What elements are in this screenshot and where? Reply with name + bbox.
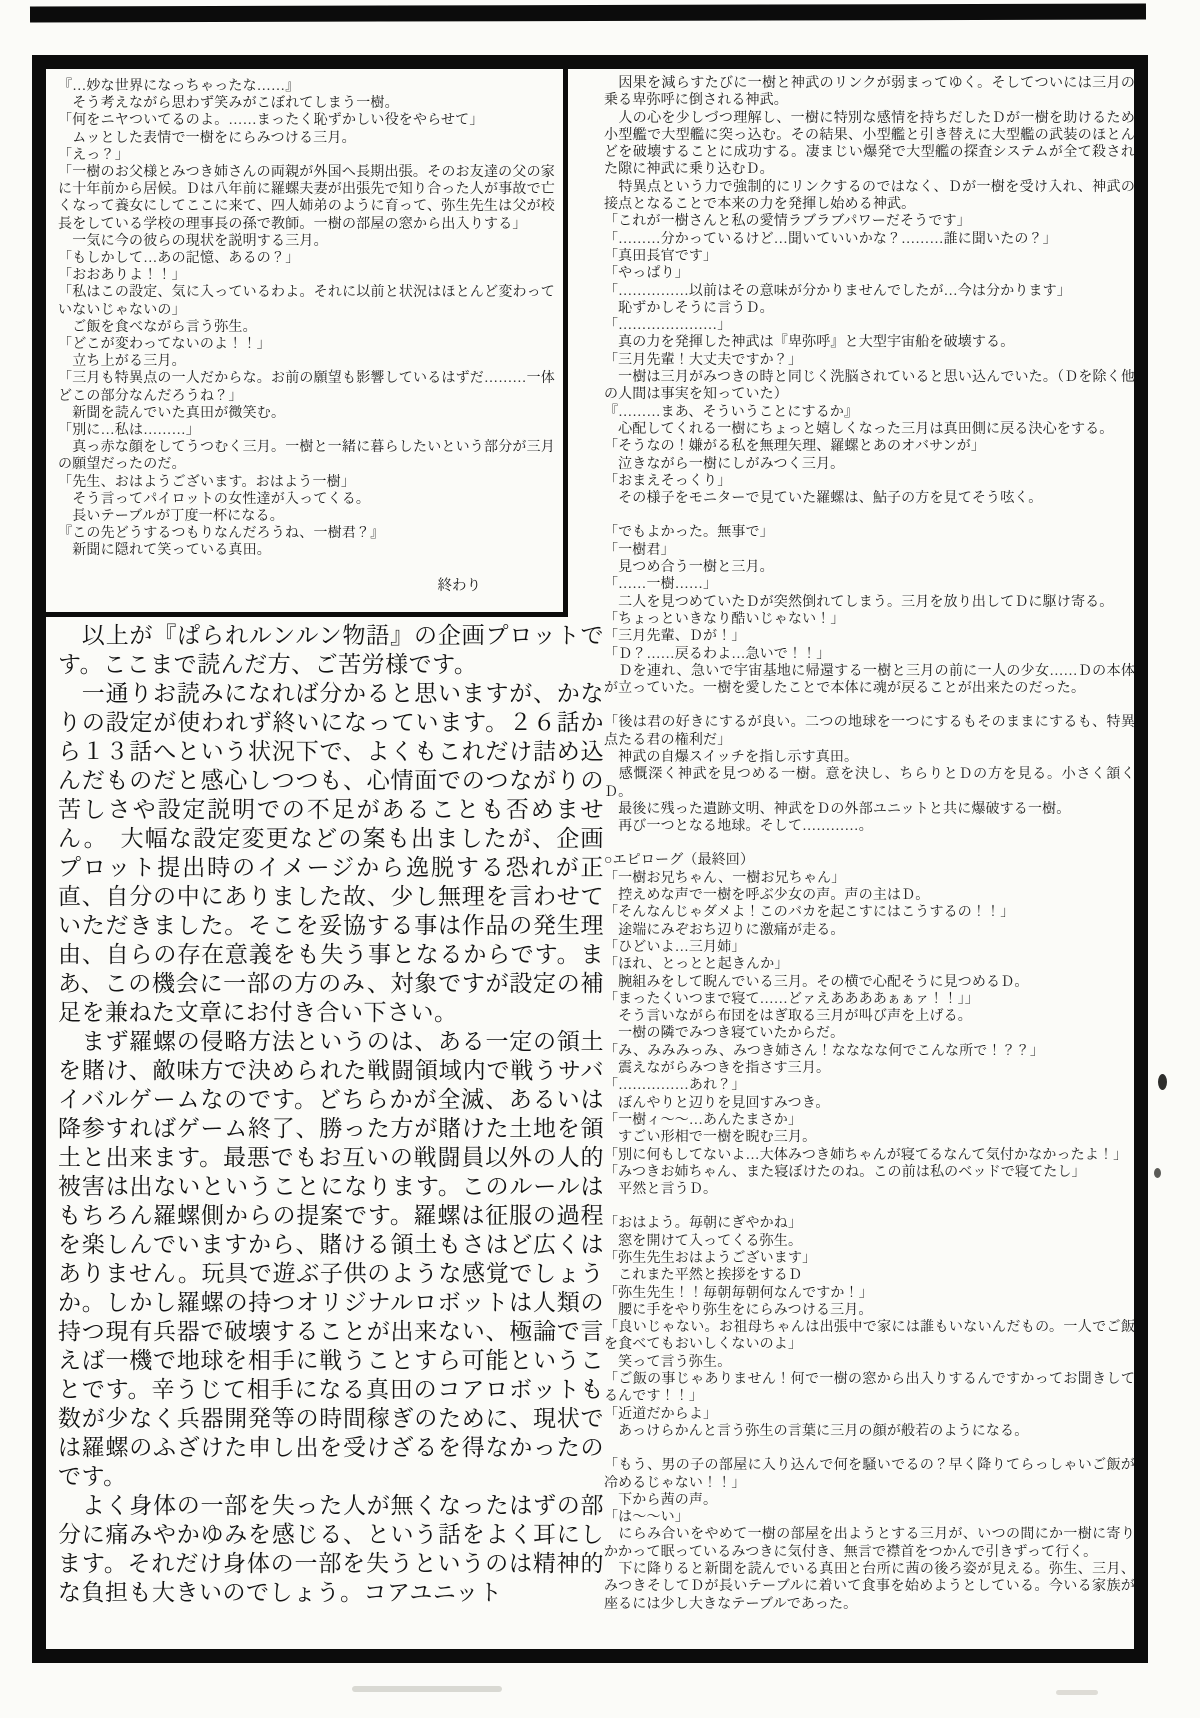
- plot-line: 笑って言う弥生。: [604, 1354, 1135, 1371]
- plot-line: 「一樹君」: [604, 542, 1135, 559]
- plot-line: 「後は君の好きにするが良い。二つの地球を一つにするもそのままにするも、特異点たる…: [604, 714, 1135, 749]
- plot-line: あっけらかんと言う弥生の言葉に三月の顔が般若のようになる。: [604, 1423, 1135, 1440]
- plot-line: [604, 1440, 1135, 1457]
- plot-line: 「まったくいつまで寝て……どァえああああぁぁァ！！」」: [604, 991, 1135, 1008]
- commentary-paragraph: 以上が『ぱられルンルン物語』の企画プロットです。ここまで読んだ方、ご苦労様です。: [58, 621, 604, 679]
- plot-line: 「おまえそっくり」: [604, 473, 1135, 490]
- plot-line: 「そんなんじゃダメよ！このバカを起こすにはこうするの！！」: [604, 904, 1135, 921]
- plot-line: 特異点という力で強制的にリンクするのではなく、Ｄが一樹を受け入れ、神武の接点とな…: [604, 179, 1135, 214]
- plot-line: Ｄを連れ、急いで宇宙基地に帰還する一樹と三月の前に一人の少女……Ｄの本体が立って…: [604, 663, 1135, 698]
- script-line: 新聞に隠れて笑っている真田。: [58, 542, 555, 559]
- plot-column: 因果を減らすたびに一樹と神武のリンクが弱まってゆく。そしてついには三月の乗る卑弥…: [604, 75, 1135, 1643]
- script-line: 新聞を読んでいた真田が微笑む。: [58, 405, 555, 422]
- plot-line: 「…………………」: [604, 317, 1135, 334]
- script-line: 「別に…私は………」: [58, 422, 555, 439]
- plot-line: 下に降りると新聞を読んでいる真田と台所に茜の後ろ姿が見える。弥生、三月、みつきそ…: [604, 1561, 1135, 1613]
- plot-line: 泣きながら一樹にしがみつく三月。: [604, 456, 1135, 473]
- plot-line: 『………まあ、そういうことにするか』: [604, 404, 1135, 421]
- plot-line: 「……………あれ？」: [604, 1077, 1135, 1094]
- plot-line: ○エピローグ（最終回）: [604, 852, 1135, 869]
- plot-line: 「……………以前はその意味が分かりませんでしたが…今は分かります」: [604, 283, 1135, 300]
- plot-line: 「真田長官です」: [604, 248, 1135, 265]
- scan-speck: [1154, 1168, 1161, 1178]
- plot-line: 「ご飯の事じゃありません！何で一樹の窓から出入りするんですかってお聞きしてるんで…: [604, 1371, 1135, 1406]
- script-line: 「えっ？」: [58, 147, 555, 164]
- plot-line: 「………分かっているけど…聞いていいかな？………誰に聞いたの？」: [604, 231, 1135, 248]
- plot-line: 「弥生先生おはようございます」: [604, 1250, 1135, 1267]
- plot-line: [604, 507, 1135, 524]
- plot-line: 「は～～い」: [604, 1509, 1135, 1526]
- scan-smudge: [1056, 1690, 1098, 1695]
- plot-line: 「Ｄ？……戻るわよ…急いで！！」: [604, 646, 1135, 663]
- plot-line: [604, 835, 1135, 852]
- plot-line: 「ひどいよ…三月姉」: [604, 939, 1135, 956]
- script-line: そう言ってパイロットの女性達が入ってくる。: [58, 491, 555, 508]
- plot-line: 「でもよかった。無事で」: [604, 524, 1135, 541]
- script-line: 「先生、おはようございます。おはよう一樹」: [58, 474, 555, 491]
- script-line: 「何をニヤついてるのよ。……まったく恥ずかしい役をやらせて」: [58, 112, 555, 129]
- page-frame: 『…妙な世界になっちゃったな……』 そう考えながら思わず笑みがこぼれてしまう一樹…: [32, 55, 1148, 1663]
- ending-label: 終わり: [58, 574, 555, 595]
- plot-line: 控えめな声で一樹を呼ぶ少女の声。声の主はＤ。: [604, 887, 1135, 904]
- plot-line: すごい形相で一樹を睨む三月。: [604, 1129, 1135, 1146]
- commentary-paragraph: 一通りお読みになれば分かると思いますが、かなりの設定が使われず終いになっています…: [58, 679, 604, 1027]
- plot-line: 「良いじゃない。お祖母ちゃんは出張中で家には誰もいないんだもの。一人でご飯を食べ…: [604, 1319, 1135, 1354]
- plot-line: 「ほれ、とっとと起きんか」: [604, 956, 1135, 973]
- scanned-doujin-text-page: 『…妙な世界になっちゃったな……』 そう考えながら思わず笑みがこぼれてしまう一樹…: [0, 0, 1200, 1718]
- script-line: 「私はこの設定、気に入っているわよ。それに以前と状況はほとんど変わっていないじゃ…: [58, 284, 555, 318]
- script-lines: 『…妙な世界になっちゃったな……』 そう考えながら思わず笑みがこぼれてしまう一樹…: [58, 78, 555, 560]
- plot-line: 「一樹ィ～～…あんたまさか」: [604, 1112, 1135, 1129]
- script-line: 真っ赤な顔をしてうつむく三月。一樹と一緒に暮らしたいという部分が三月の願望だった…: [58, 439, 555, 473]
- plot-line: 「近道だからよ」: [604, 1406, 1135, 1423]
- script-line: 『…妙な世界になっちゃったな……』: [58, 78, 555, 95]
- plot-line: 「そうなの！嫌がる私を無理矢理、羅螺とあのオバサンが」: [604, 438, 1135, 455]
- plot-line: そう言いながら布団をはぎ取る三月が叫び声を上げる。: [604, 1008, 1135, 1025]
- plot-line: 神武の自爆スイッチを指し示す真田。: [604, 749, 1135, 766]
- plot-line: 二人を見つめていたＤが突然倒れてしまう。三月を放り出してＤに駆け寄る。: [604, 594, 1135, 611]
- plot-line: 「三月先輩！大丈夫ですか？」: [604, 352, 1135, 369]
- plot-line: 感慨深く神武を見つめる一樹。意を決し、ちらりとＤの方を見る。小さく頷くＤ。: [604, 766, 1135, 801]
- plot-line: 「一樹お兄ちゃん、一樹お兄ちゃん」: [604, 870, 1135, 887]
- script-line: そう考えながら思わず笑みがこぼれてしまう一樹。: [58, 95, 555, 112]
- plot-line: 「ちょっといきなり酷いじゃない！」: [604, 611, 1135, 628]
- plot-script-box: 『…妙な世界になっちゃったな……』 そう考えながら思わず笑みがこぼれてしまう一樹…: [46, 69, 568, 617]
- plot-line: 「もう、男の子の部屋に入り込んで何を騒いでるの？早く降りてらっしゃいご飯が冷める…: [604, 1457, 1135, 1492]
- plot-line: 下から茜の声。: [604, 1492, 1135, 1509]
- plot-line: 「おはよう。毎朝にぎやかね」: [604, 1215, 1135, 1232]
- plot-line: 窓を開けて入ってくる弥生。: [604, 1233, 1135, 1250]
- script-line: 「どこが変わってないのよ！！」: [58, 336, 555, 353]
- plot-line: 一樹は三月がみつきの時と同じく洗脳されていると思い込んでいた。（Ｄを除く他の人間…: [604, 369, 1135, 404]
- commentary-paragraph: まず羅螺の侵略方法というのは、ある一定の領土を賭け、敵味方で決められた戦闘領域内…: [58, 1027, 604, 1491]
- script-line: 「おおありよ！！」: [58, 267, 555, 284]
- plot-line: 腰に手をやり弥生をにらみつける三月。: [604, 1302, 1135, 1319]
- commentary-column: 以上が『ぱられルンルン物語』の企画プロットです。ここまで読んだ方、ご苦労様です。…: [58, 621, 604, 1645]
- plot-line: 見つめ合う一樹と三月。: [604, 559, 1135, 576]
- script-line: 立ち上がる三月。: [58, 353, 555, 370]
- script-line: ご飯を食べながら言う弥生。: [58, 319, 555, 336]
- plot-line: 「これが一樹さんと私の愛情ラブラブパワーだそうです」: [604, 213, 1135, 230]
- script-line: 「一樹のお父様とみつき姉さんの両親が外国へ長期出張。そのお友達の父の家に十年前か…: [58, 164, 555, 233]
- plot-line: これまた平然と挨拶をするＤ: [604, 1267, 1135, 1284]
- script-line: 「三月も特異点の一人だからな。お前の願望も影響しているはずだ………一体どこの部分…: [58, 370, 555, 404]
- plot-line: 一樹の隣でみつき寝ていたからだ。: [604, 1025, 1135, 1042]
- scan-smudge: [352, 1686, 502, 1692]
- plot-line: 「弥生先生！！毎朝毎朝何なんですか！」: [604, 1285, 1135, 1302]
- script-line: 『この先どうするつもりなんだろうね、一樹君？』: [58, 525, 555, 542]
- plot-line: 心配してくれる一樹にちょっと嬉しくなった三月は真田側に戻る決心をする。: [604, 421, 1135, 438]
- script-line: ムッとした表情で一樹をにらみつける三月。: [58, 130, 555, 147]
- plot-line: 「やっぱり」: [604, 265, 1135, 282]
- plot-line: 真の力を発揮した神武は『卑弥呼』と大型宇宙船を破壊する。: [604, 334, 1135, 351]
- script-line: 長いテーブルが丁度一杯になる。: [58, 508, 555, 525]
- plot-line: 「みつきお姉ちゃん、また寝ぼけたのね。この前は私のベッドで寝てたし」: [604, 1164, 1135, 1181]
- plot-line: 平然と言うＤ。: [604, 1181, 1135, 1198]
- plot-line: 因果を減らすたびに一樹と神武のリンクが弱まってゆく。そしてついには三月の乗る卑弥…: [604, 75, 1135, 110]
- plot-line: [604, 697, 1135, 714]
- plot-line: その様子をモニターで見ていた羅螺は、鮎子の方を見てそう呟く。: [604, 490, 1135, 507]
- plot-line: 最後に残った遺跡文明、神武をＤの外部ユニットと共に爆破する一樹。: [604, 801, 1135, 818]
- plot-line: 「み、みみみっみ、みつき姉さん！なななな何でこんな所で！？？」: [604, 1043, 1135, 1060]
- plot-line: にらみ合いをやめて一樹の部屋を出ようとする三月が、いつの間にか一樹に寄りかかって…: [604, 1526, 1135, 1561]
- plot-line: 再び一つとなる地球。そして…………。: [604, 818, 1135, 835]
- plot-line: [604, 1198, 1135, 1215]
- plot-line: 途端にみぞおち辺りに激痛が走る。: [604, 922, 1135, 939]
- scan-speck: [1158, 1074, 1167, 1090]
- script-line: 一気に今の彼らの現状を説明する三月。: [58, 233, 555, 250]
- script-line: 「もしかして…あの記憶、あるの？」: [58, 250, 555, 267]
- commentary-paragraph: よく身体の一部を失った人が無くなったはずの部分に痛みやかゆみを感じる、という話を…: [58, 1491, 604, 1607]
- scan-edge-band: [30, 4, 1146, 23]
- plot-line: 「別に何もしてないよ…大体みつき姉ちゃんが寝てるなんて気付かなかったよ！」: [604, 1147, 1135, 1164]
- plot-line: ぼんやりと辺りを見回すみつき。: [604, 1095, 1135, 1112]
- plot-line: 「……一樹……」: [604, 576, 1135, 593]
- plot-line: 「三月先輩、Ｄが！」: [604, 628, 1135, 645]
- plot-line: 恥ずかしそうに言うＤ。: [604, 300, 1135, 317]
- plot-line: 腕組みをして睨んでいる三月。その横で心配そうに見つめるＤ。: [604, 974, 1135, 991]
- plot-line: 人の心を少しづつ理解し、一樹に特別な感情を持ちだしたＤが一樹を助けるため小型艦で…: [604, 110, 1135, 179]
- plot-line: 震えながらみつきを指さす三月。: [604, 1060, 1135, 1077]
